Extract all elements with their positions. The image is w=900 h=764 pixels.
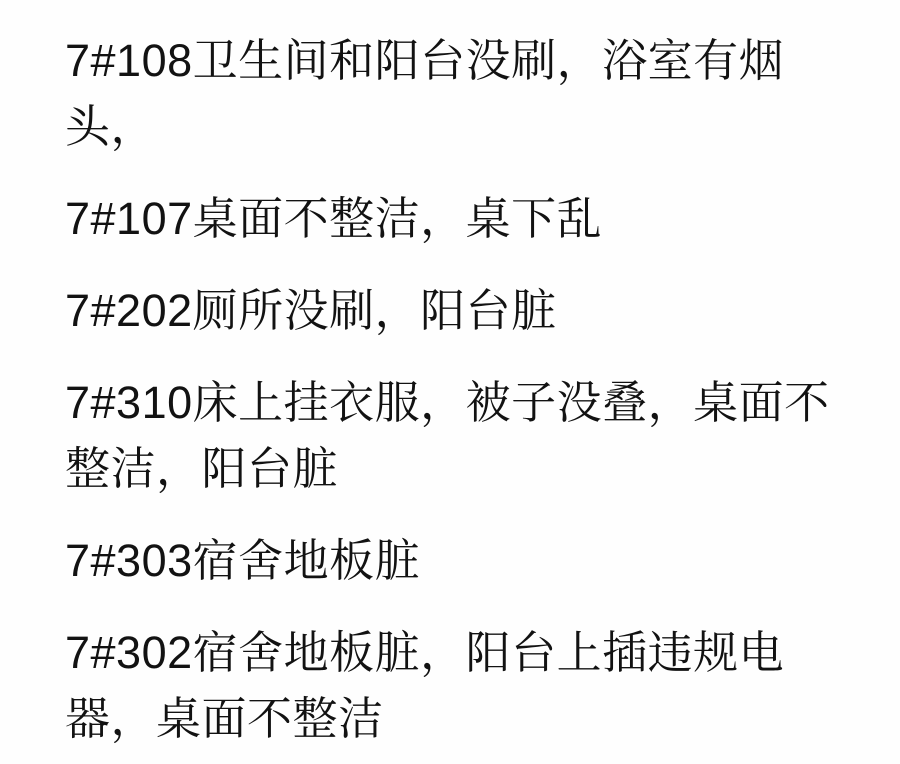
note-paragraph-7-302: 7#302宿舍地板脏，阳台上插违规电 器，桌面不整洁 [65, 620, 860, 752]
note-paragraph-7-202: 7#202厕所没刷，阳台脏 [65, 278, 860, 344]
note-line: 7#107桌面不整洁，桌下乱 [65, 186, 860, 252]
note-line: 7#108卫生间和阳台没刷，浴室有烟 [65, 28, 860, 94]
note-line: 整洁，阳台脏 [65, 436, 860, 502]
note-line: 7#303宿舍地板脏 [65, 528, 860, 594]
note-line: 7#202厕所没刷，阳台脏 [65, 278, 860, 344]
note-paragraph-7-108: 7#108卫生间和阳台没刷，浴室有烟 头， [65, 28, 860, 160]
notes-page: 7#108卫生间和阳台没刷，浴室有烟 头， 7#107桌面不整洁，桌下乱 7#2… [0, 0, 900, 764]
note-paragraph-7-310: 7#310床上挂衣服，被子没叠，桌面不 整洁，阳台脏 [65, 370, 860, 502]
note-line: 头， [65, 94, 860, 160]
note-paragraph-7-107: 7#107桌面不整洁，桌下乱 [65, 186, 860, 252]
note-paragraph-7-303: 7#303宿舍地板脏 [65, 528, 860, 594]
note-line: 7#310床上挂衣服，被子没叠，桌面不 [65, 370, 860, 436]
note-line: 器，桌面不整洁 [65, 686, 860, 752]
note-line: 7#302宿舍地板脏，阳台上插违规电 [65, 620, 860, 686]
